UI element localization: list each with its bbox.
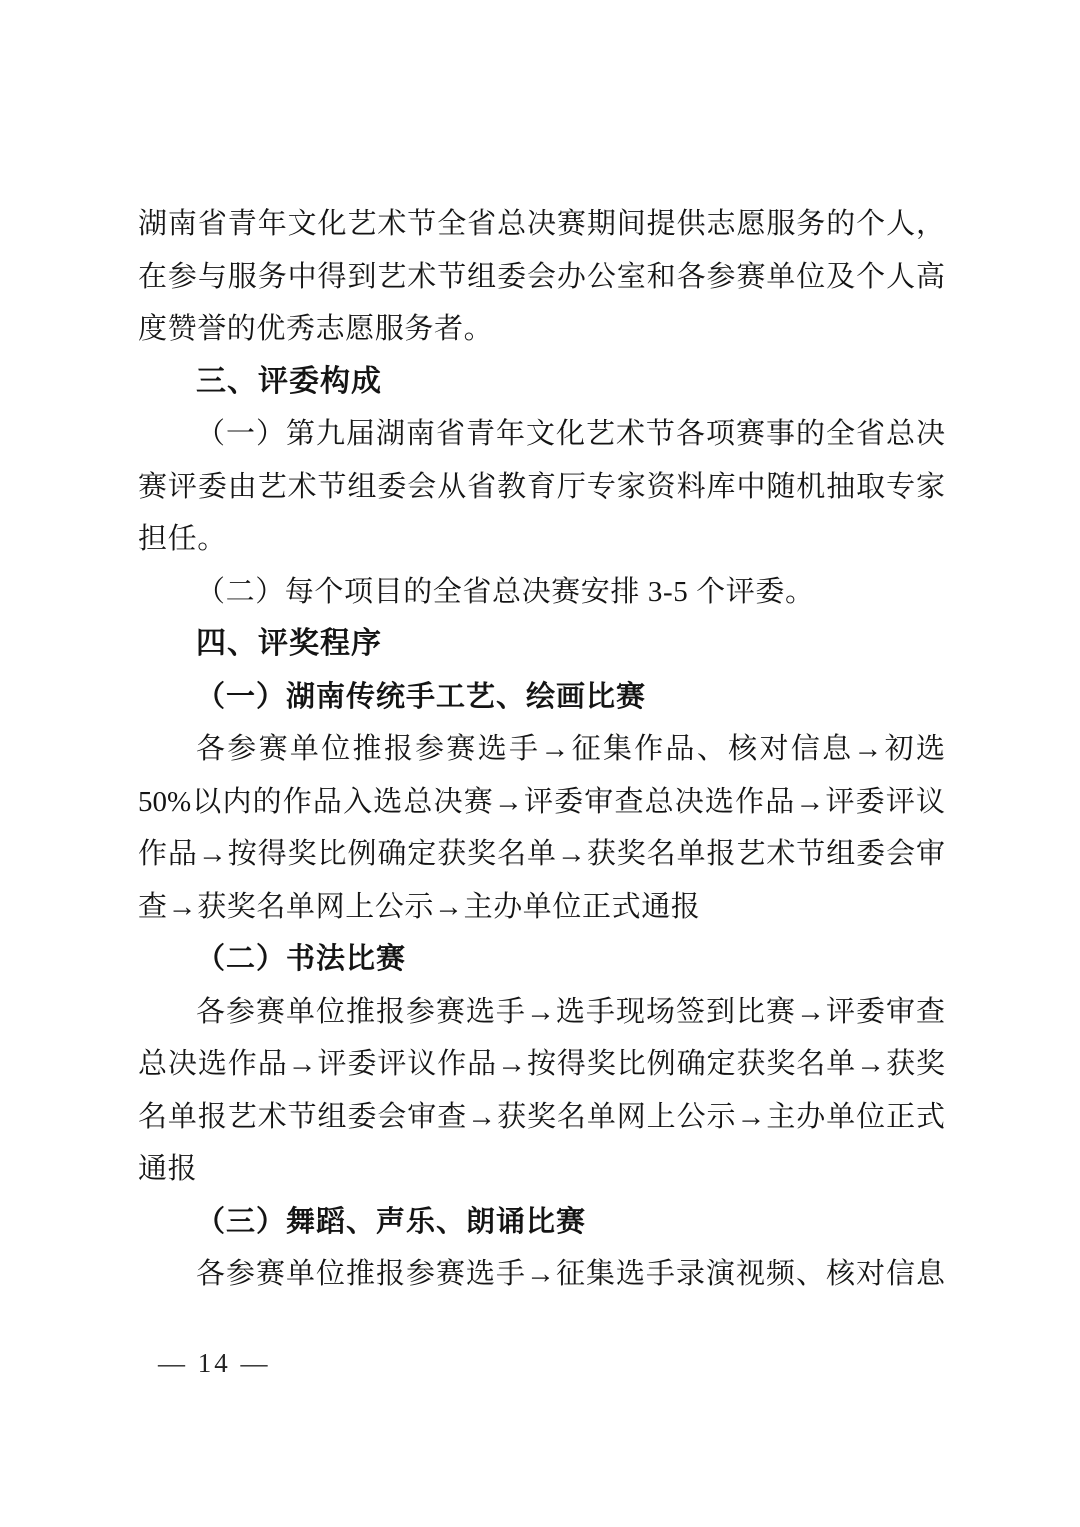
text-line: 50%以内的作品入选总决赛→评委审查总决选作品→评委评议 bbox=[138, 776, 945, 829]
text-line: 度赞誉的优秀志愿服务者。 bbox=[138, 303, 945, 356]
section-heading-judges: 三、评委构成 bbox=[138, 356, 945, 409]
section-heading-awards: 四、评奖程序 bbox=[138, 618, 945, 671]
text-line: 在参与服务中得到艺术节组委会办公室和各参赛单位及个人高 bbox=[138, 251, 945, 304]
subsection-heading-crafts-painting: （一）湖南传统手工艺、绘画比赛 bbox=[138, 671, 945, 724]
document-page: 湖南省青年文化艺术节全省总决赛期间提供志愿服务的个人， 在参与服务中得到艺术节组… bbox=[0, 0, 1080, 1527]
subsection-heading-dance-vocal-recitation: （三）舞蹈、声乐、朗诵比赛 bbox=[138, 1196, 945, 1249]
text-line: 担任。 bbox=[138, 513, 945, 566]
text-line: 各参赛单位推报参赛选手→征集选手录演视频、核对信息 bbox=[138, 1248, 945, 1301]
text-line: 名单报艺术节组委会审查→获奖名单网上公示→主办单位正式 bbox=[138, 1091, 945, 1144]
text-line: 作品→按得奖比例确定获奖名单→获奖名单报艺术节组委会审 bbox=[138, 828, 945, 881]
text-line: （二）每个项目的全省总决赛安排 3-5 个评委。 bbox=[138, 566, 945, 619]
text-line: 查→获奖名单网上公示→主办单位正式通报 bbox=[138, 881, 945, 934]
text-line: 各参赛单位推报参赛选手→征集作品、核对信息→初选 bbox=[138, 723, 945, 776]
text-line: 通报 bbox=[138, 1143, 945, 1196]
text-line: 赛评委由艺术节组委会从省教育厅专家资料库中随机抽取专家 bbox=[138, 461, 945, 514]
subsection-heading-calligraphy: （二）书法比赛 bbox=[138, 933, 945, 986]
text-line: 总决选作品→评委评议作品→按得奖比例确定获奖名单→获奖 bbox=[138, 1038, 945, 1091]
document-body: 湖南省青年文化艺术节全省总决赛期间提供志愿服务的个人， 在参与服务中得到艺术节组… bbox=[138, 198, 945, 1301]
text-line: 湖南省青年文化艺术节全省总决赛期间提供志愿服务的个人， bbox=[138, 198, 945, 251]
text-line: 各参赛单位推报参赛选手→选手现场签到比赛→评委审查 bbox=[138, 986, 945, 1039]
text-line: （一）第九届湖南省青年文化艺术节各项赛事的全省总决 bbox=[138, 408, 945, 461]
page-number: — 14 — bbox=[158, 1346, 271, 1380]
